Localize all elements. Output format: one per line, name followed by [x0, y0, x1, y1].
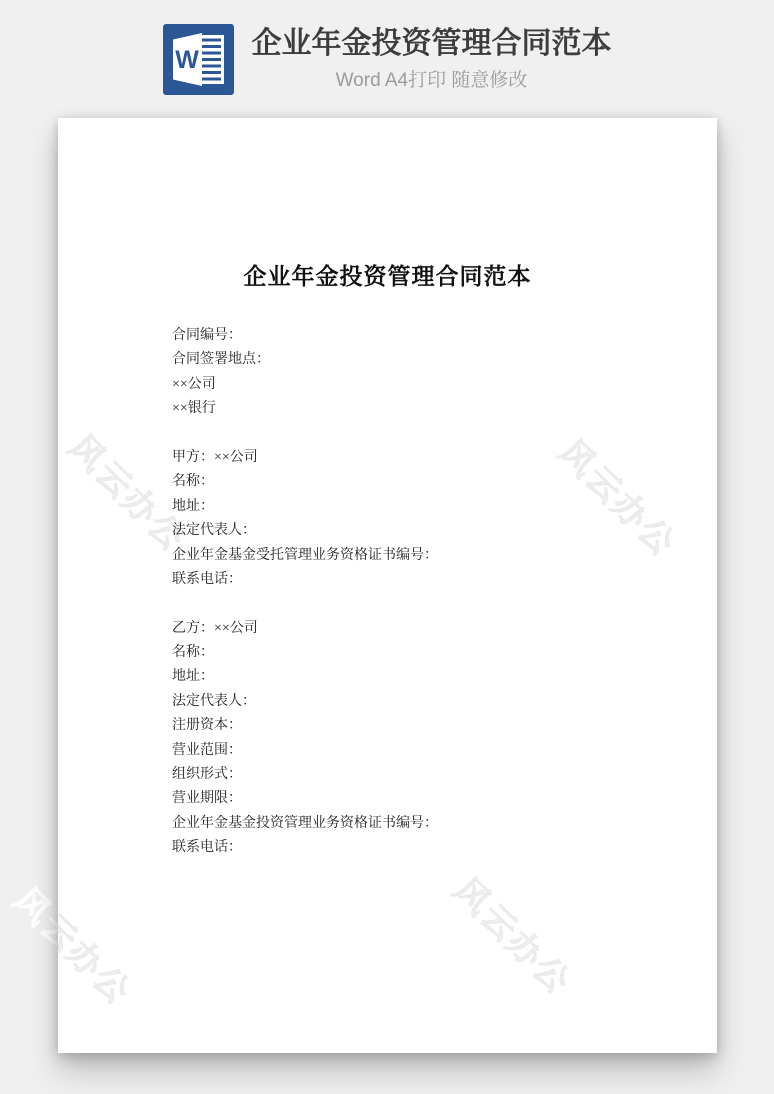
doc-line: 营业期限： [172, 787, 662, 811]
header-text-block: 企业年金投资管理合同范本 Word A4打印 随意修改 [252, 27, 612, 92]
doc-line: 法定代表人： [172, 519, 662, 543]
document-title: 企业年金投资管理合同范本 [58, 258, 717, 291]
doc-line: 联系电话： [172, 568, 662, 592]
header-subtitle: Word A4打印 随意修改 [336, 65, 528, 92]
doc-line: 营业范围： [172, 739, 662, 763]
doc-line: 法定代表人： [172, 690, 662, 714]
doc-line-blank [172, 592, 662, 616]
document-body: 合同编号： 合同签署地点： ××公司 ××银行 甲方：××公司 名称： 地址： … [172, 324, 662, 861]
word-file-icon: W [163, 24, 234, 95]
doc-line: 联系电话： [172, 836, 662, 860]
watermark: 风云办公 [445, 865, 584, 1004]
doc-line: 地址： [172, 495, 662, 519]
doc-line: 合同签署地点： [172, 348, 662, 372]
doc-line: 甲方：××公司 [172, 446, 662, 470]
doc-line: 名称： [172, 641, 662, 665]
doc-line: ××公司 [172, 373, 662, 397]
doc-line: 企业年金基金受托管理业务资格证书编号： [172, 544, 662, 568]
header-title: 企业年金投资管理合同范本 [252, 27, 612, 61]
word-icon-letter: W [175, 46, 199, 74]
doc-line: 乙方：××公司 [172, 617, 662, 641]
header: W 企业年金投资管理合同范本 Word A4打印 随意修改 [0, 0, 774, 118]
watermark: 风云办公 [58, 875, 145, 1014]
doc-line: 注册资本： [172, 714, 662, 738]
doc-line: 名称： [172, 470, 662, 494]
doc-line: ××银行 [172, 397, 662, 421]
template-preview-screen: W 企业年金投资管理合同范本 Word A4打印 随意修改 风云办公 风云办公 … [0, 0, 774, 1094]
doc-line-blank [172, 422, 662, 446]
doc-line: 组织形式： [172, 763, 662, 787]
doc-line: 地址： [172, 665, 662, 689]
doc-line: 合同编号： [172, 324, 662, 348]
document-page: 风云办公 风云办公 风云办公 风云办公 企业年金投资管理合同范本 合同编号： 合… [58, 118, 717, 1053]
doc-line: 企业年金基金投资管理业务资格证书编号： [172, 812, 662, 836]
